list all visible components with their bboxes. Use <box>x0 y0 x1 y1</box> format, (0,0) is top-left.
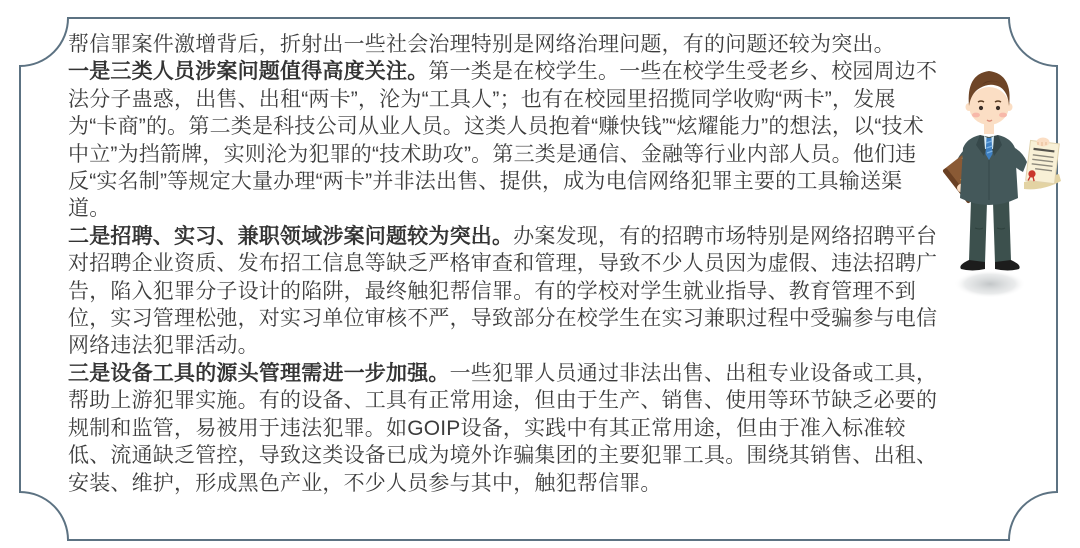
paragraph-point-3: 三是设备工具的源头管理需进一步加强。一些犯罪人员通过非法出售、出租专业设备或工具… <box>68 360 940 497</box>
article-body: 帮信罪案件激增背后，折射出一些社会治理特别是网络治理问题，有的问题还较为突出。 … <box>68 31 940 497</box>
paragraph-point-2-lead: 二是招聘、实习、兼职领域涉案问题较为突出。 <box>68 225 513 248</box>
paragraph-point-1-lead: 一是三类人员涉案问题值得高度关注。 <box>68 60 428 83</box>
paragraph-point-2: 二是招聘、实习、兼职领域涉案问题较为突出。办案发现，有的招聘市场特别是网络招聘平… <box>68 223 940 360</box>
trousers <box>969 200 1011 263</box>
lawyer-illustration: LAW <box>942 50 1064 302</box>
shoes <box>960 260 1019 271</box>
paragraph-intro: 帮信罪案件激增背后，折射出一些社会治理特别是网络治理问题，有的问题还较为突出。 <box>68 31 940 58</box>
figure-shadow <box>954 270 1026 298</box>
paragraph-point-1-text: 第一类是在校学生。一些在校学生受老乡、校园周边不法分子蛊惑，出售、出租“两卡”，… <box>68 60 937 220</box>
paragraph-point-1: 一是三类人员涉案问题值得高度关注。第一类是在校学生。一些在校学生受老乡、校园周边… <box>68 58 940 222</box>
face <box>969 87 1009 125</box>
paragraph-point-3-lead: 三是设备工具的源头管理需进一步加强。 <box>68 362 450 385</box>
paragraph-intro-text: 帮信罪案件激增背后，折射出一些社会治理特别是网络治理问题，有的问题还较为突出。 <box>68 33 895 56</box>
certificate-paper <box>1026 140 1060 183</box>
head <box>966 71 1013 134</box>
